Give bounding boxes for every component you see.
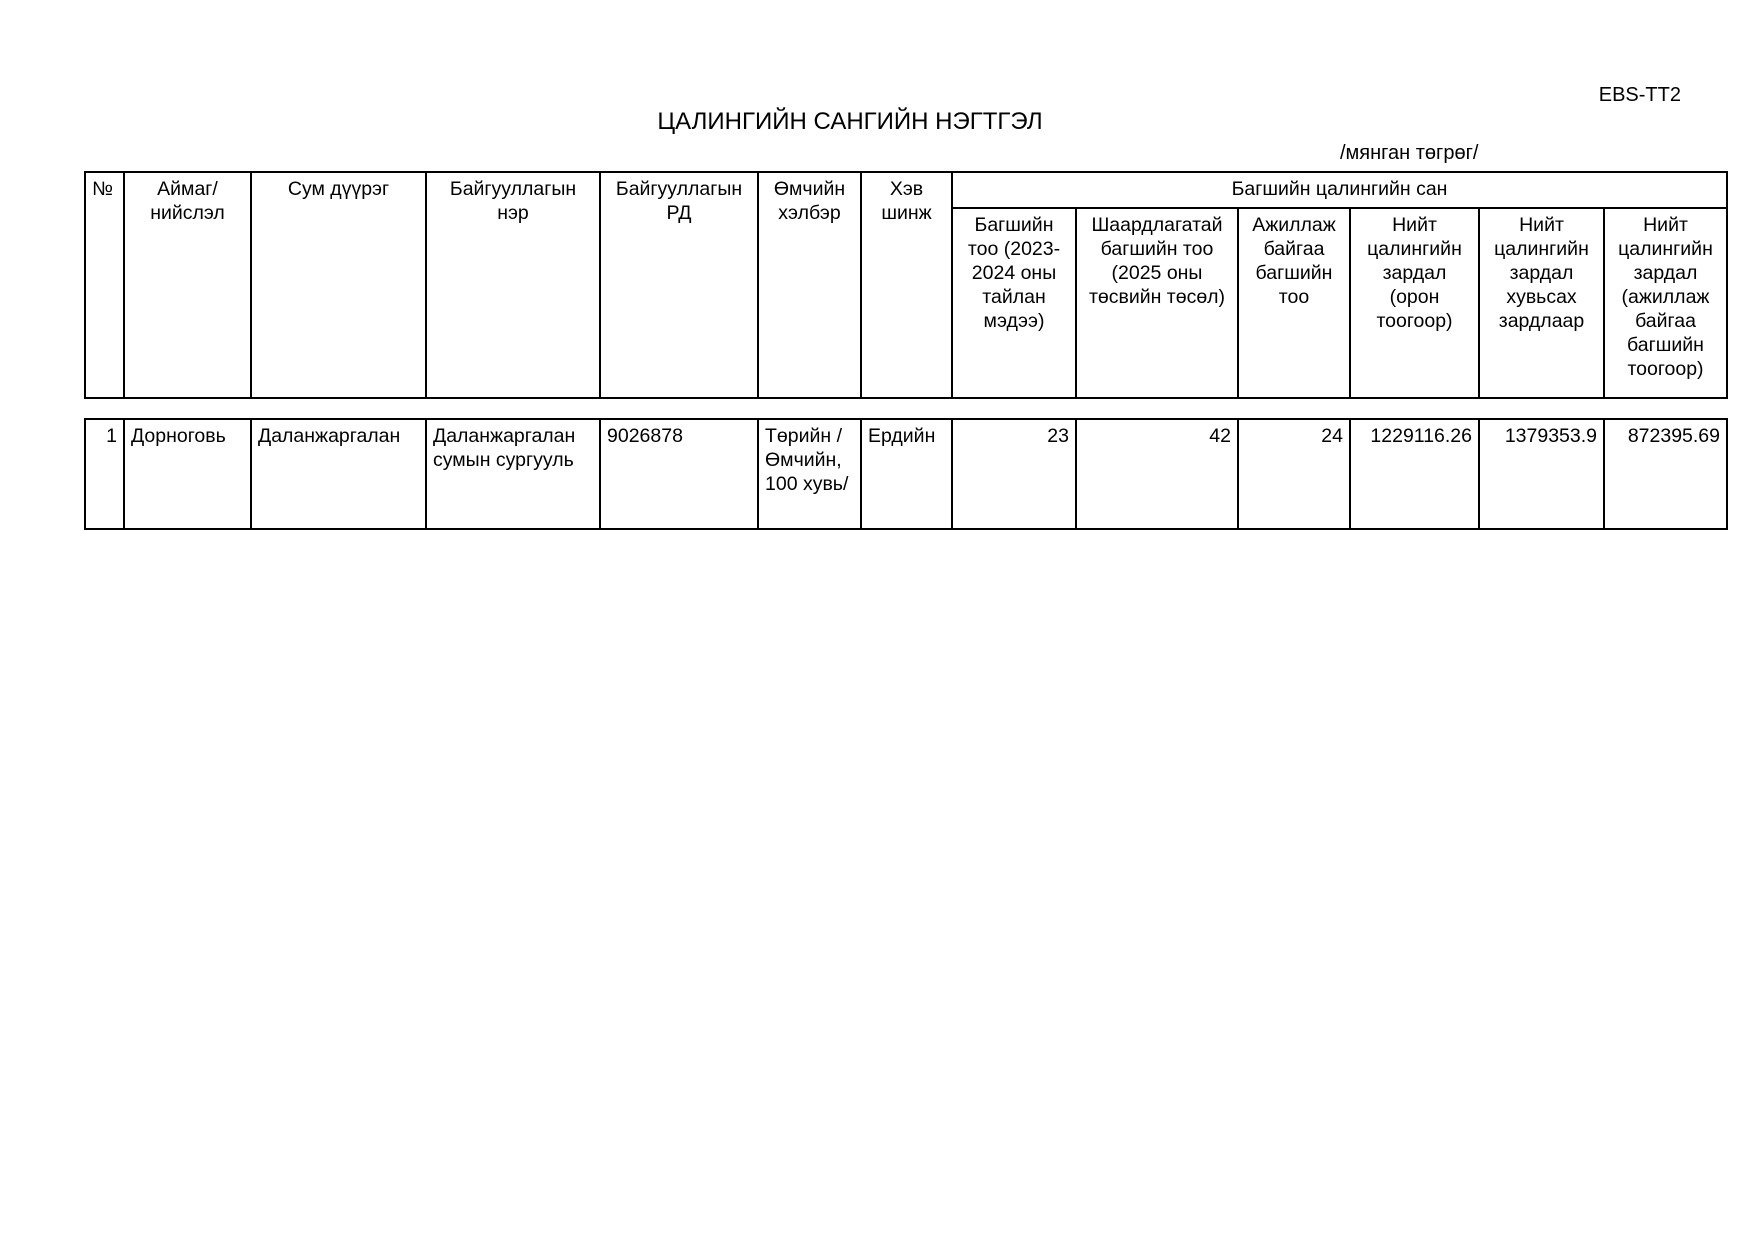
header-teachers-report: Багшийн тоо (2023-2024 оны тайлан мэдээ): [952, 208, 1076, 398]
header-org-rd: Байгууллагын РД: [600, 172, 758, 398]
header-teachers-working: Ажиллаж байгаа багшийн тоо: [1238, 208, 1350, 398]
cell-salary-positions: 1229116.26: [1350, 419, 1479, 529]
cell-no: 1: [85, 419, 124, 529]
header-salary-working: Нийт цалингийн зардал (ажиллаж байгаа ба…: [1604, 208, 1727, 398]
document-title: ЦАЛИНГИЙН САНГИЙН НЭГТГЭЛ: [0, 108, 1700, 136]
unit-label: /мянган төгрөг/: [1340, 142, 1478, 165]
header-type: Хэв шинж: [861, 172, 952, 398]
header-ownership: Өмчийн хэлбэр: [758, 172, 861, 398]
cell-salary-variable: 1379353.9: [1479, 419, 1604, 529]
header-salary-positions: Нийт цалингийн зардал (орон тоогоор): [1350, 208, 1479, 398]
cell-sum: Даланжаргалан: [251, 419, 426, 529]
cell-teachers-report: 23: [952, 419, 1076, 529]
header-sum: Сум дүүрэг: [251, 172, 426, 398]
header-org-name: Байгууллагын нэр: [426, 172, 600, 398]
header-teachers-required: Шаардлагатай багшийн тоо (2025 оны төсви…: [1076, 208, 1238, 398]
header-aimag: Аймаг/ нийслэл: [124, 172, 251, 398]
cell-ownership: Төрийн / Өмчийн, 100 хувь/: [758, 419, 861, 529]
cell-org-name: Даланжаргалан сумын сургууль: [426, 419, 600, 529]
header-no: №: [85, 172, 124, 398]
header-table: № Аймаг/ нийслэл Сум дүүрэг Байгууллагын…: [84, 171, 1728, 399]
data-table: 1 Дорноговь Даланжаргалан Даланжаргалан …: [84, 418, 1728, 530]
header-salary-fund-group: Багшийн цалингийн сан: [952, 172, 1727, 208]
cell-org-rd: 9026878: [600, 419, 758, 529]
table-row: 1 Дорноговь Даланжаргалан Даланжаргалан …: [85, 419, 1727, 529]
header-salary-variable: Нийт цалингийн зардал хувьсах зардлаар: [1479, 208, 1604, 398]
form-code: EBS-TT2: [1599, 84, 1681, 107]
cell-teachers-working: 24: [1238, 419, 1350, 529]
cell-salary-working: 872395.69: [1604, 419, 1727, 529]
cell-type: Ердийн: [861, 419, 952, 529]
cell-teachers-required: 42: [1076, 419, 1238, 529]
cell-aimag: Дорноговь: [124, 419, 251, 529]
